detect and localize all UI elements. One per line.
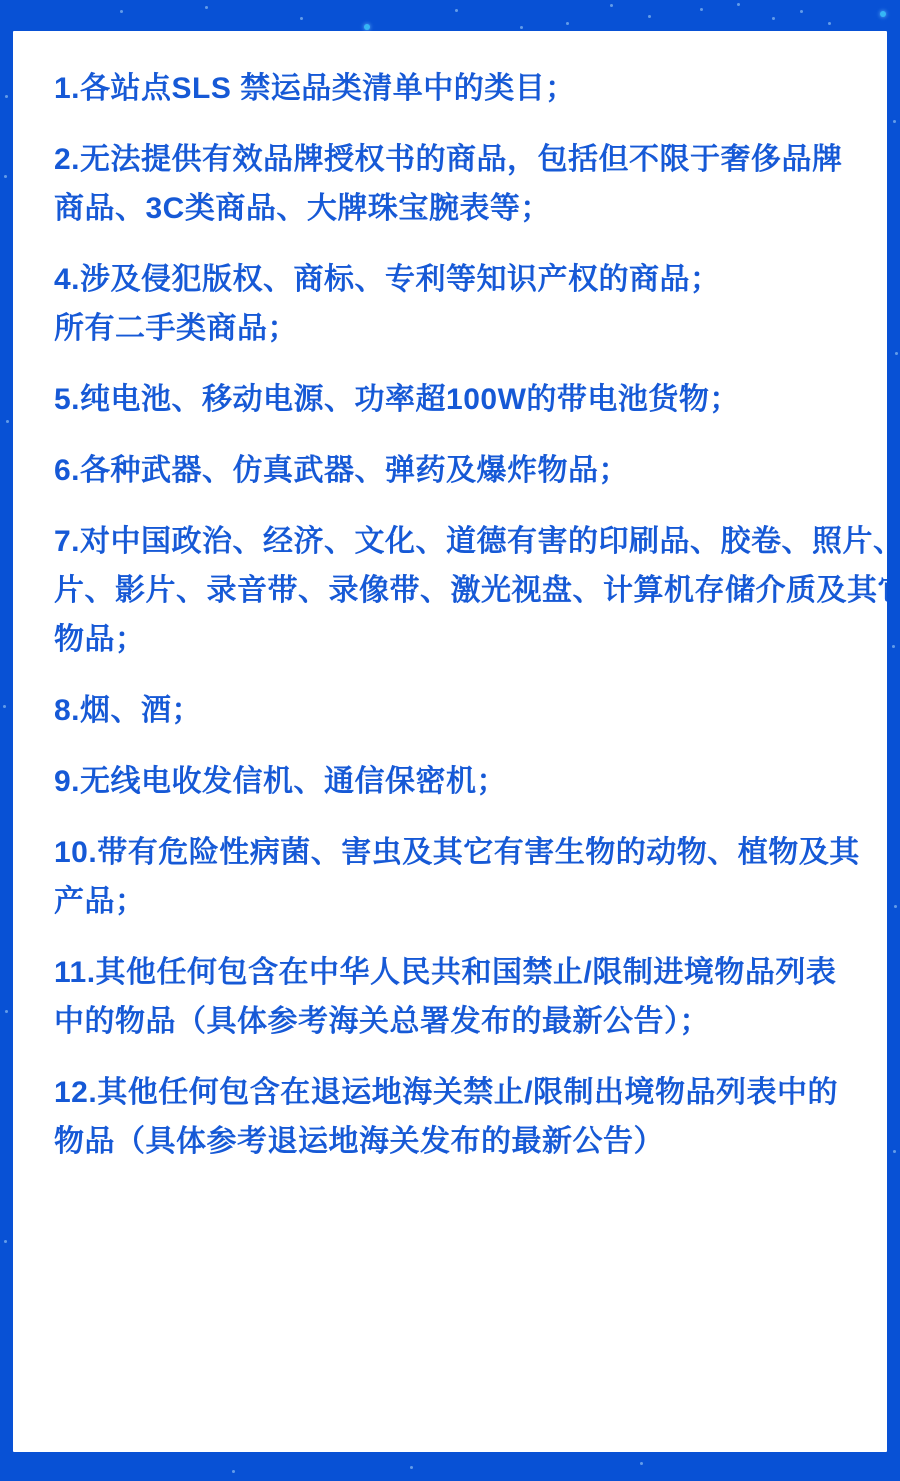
prohibited-item-1: 1.各站点SLS 禁运品类清单中的类目； <box>54 64 887 113</box>
speckle-dot <box>3 705 6 708</box>
prohibited-item-7: 7.对中国政治、经济、文化、道德有害的印刷品、胶卷、照片、唱 片、影片、录音带、… <box>54 517 887 664</box>
speckle-dot <box>737 3 740 6</box>
speckle-dot <box>894 905 897 908</box>
speckle-dot <box>640 1462 643 1465</box>
prohibited-item-9: 9.无线电收发信机、通信保密机； <box>54 757 887 806</box>
prohibited-item-10: 10.带有危险性病菌、害虫及其它有害生物的动物、植物及其 产品； <box>54 828 887 926</box>
speckle-dot <box>5 95 8 98</box>
speckle-dot <box>410 1466 413 1469</box>
prohibited-item-5: 5.纯电池、移动电源、功率超100W的带电池货物； <box>54 375 887 424</box>
speckle-dot <box>828 22 831 25</box>
speckle-dot <box>880 11 886 17</box>
speckle-dot <box>610 4 613 7</box>
speckle-dot <box>300 17 303 20</box>
speckle-dot <box>800 10 803 13</box>
prohibited-item-8: 8.烟、酒； <box>54 686 887 735</box>
speckle-dot <box>120 10 123 13</box>
prohibited-item-6: 6.各种武器、仿真武器、弹药及爆炸物品； <box>54 446 887 495</box>
speckle-dot <box>566 22 569 25</box>
prohibited-item-2: 2.无法提供有效品牌授权书的商品，包括但不限于奢侈品牌 商品、3C类商品、大牌珠… <box>54 135 887 233</box>
speckle-dot <box>205 6 208 9</box>
speckle-dot <box>772 17 775 20</box>
speckle-dot <box>893 1150 896 1153</box>
speckle-dot <box>700 8 703 11</box>
speckle-dot <box>5 1010 8 1013</box>
speckle-dot <box>520 26 523 29</box>
prohibited-item-12: 12.其他任何包含在退运地海关禁止/限制出境物品列表中的 物品（具体参考退运地海… <box>54 1068 887 1166</box>
speckle-dot <box>364 24 370 30</box>
speckle-dot <box>6 420 9 423</box>
content-card: 1.各站点SLS 禁运品类清单中的类目； 2.无法提供有效品牌授权书的商品，包括… <box>13 31 887 1452</box>
speckle-dot <box>648 15 651 18</box>
speckle-dot <box>895 352 898 355</box>
speckle-dot <box>232 1470 235 1473</box>
speckle-dot <box>4 175 7 178</box>
speckle-dot <box>893 120 896 123</box>
prohibited-item-11: 11.其他任何包含在中华人民共和国禁止/限制进境物品列表 中的物品（具体参考海关… <box>54 948 887 1046</box>
page-background: { "colors": { "background": "#0851D5", "… <box>0 0 900 1481</box>
speckle-dot <box>892 645 895 648</box>
prohibited-item-4: 4.涉及侵犯版权、商标、专利等知识产权的商品； 所有二手类商品； <box>54 255 887 353</box>
speckle-dot <box>455 9 458 12</box>
speckle-dot <box>4 1240 7 1243</box>
